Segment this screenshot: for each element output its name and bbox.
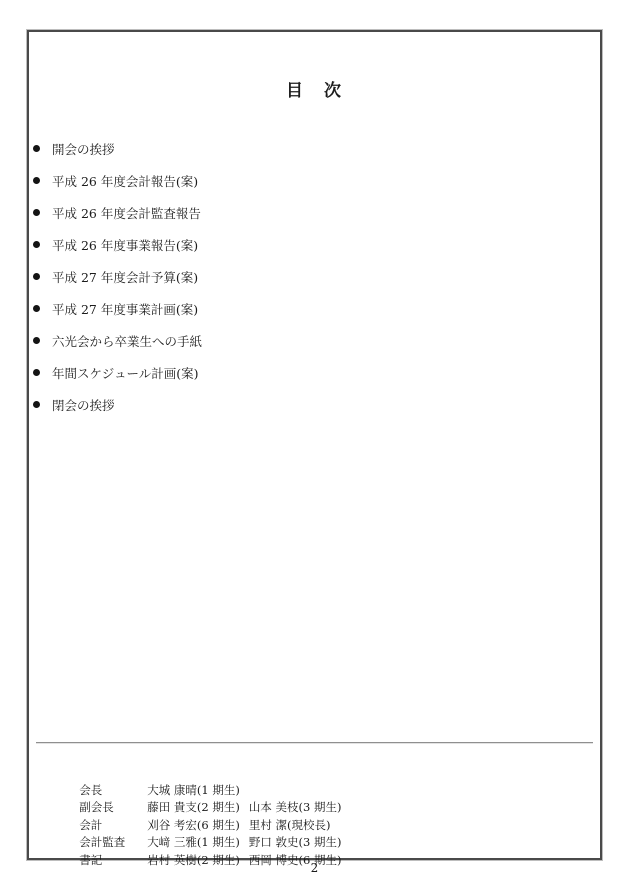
toc-item-label: 閉会の挨拶 bbox=[52, 396, 115, 414]
toc-item: 開会の挨拶 bbox=[33, 142, 590, 155]
officer-row: 会長大城 康晴(1 期生) bbox=[50, 764, 590, 782]
toc-item-label: 年間スケジュール計画(案) bbox=[52, 364, 199, 382]
toc-item: 平成 26 年度会計監査報告 bbox=[33, 206, 590, 219]
bullet-icon bbox=[33, 273, 40, 280]
officer-role: 会計 bbox=[79, 817, 147, 835]
officer-role: 副会長 bbox=[79, 799, 147, 817]
page-title: 目 次 bbox=[29, 76, 600, 101]
officer-name: 里村 潔(現校長) bbox=[249, 818, 331, 832]
toc-item: 年間スケジュール計画(案) bbox=[33, 366, 590, 379]
toc-item-label: 平成 26 年度会計監査報告 bbox=[52, 204, 201, 222]
toc-item: 平成 26 年度会計報告(案) bbox=[33, 174, 590, 187]
toc-item: 閉会の挨拶 bbox=[33, 398, 590, 411]
toc-item-label: 平成 27 年度会計予算(案) bbox=[52, 268, 198, 286]
bullet-icon bbox=[33, 145, 40, 152]
officer-list: 会長大城 康晴(1 期生) 副会長藤田 貴支(2 期生)山本 美枝(3 期生) … bbox=[50, 764, 590, 852]
toc-item-label: 平成 27 年度事業計画(案) bbox=[52, 300, 198, 318]
document-page: 目 次 開会の挨拶 平成 26 年度会計報告(案) 平成 26 年度会計監査報告… bbox=[0, 0, 629, 892]
bullet-icon bbox=[33, 305, 40, 312]
toc-item-label: 平成 26 年度事業報告(案) bbox=[52, 236, 198, 254]
officer-name: 野口 敦史(3 期生) bbox=[249, 835, 342, 849]
toc-item: 平成 26 年度事業報告(案) bbox=[33, 238, 590, 251]
bullet-icon bbox=[33, 369, 40, 376]
toc-item-label: 開会の挨拶 bbox=[52, 140, 115, 158]
page-border-frame: 目 次 開会の挨拶 平成 26 年度会計報告(案) 平成 26 年度会計監査報告… bbox=[27, 30, 602, 860]
bullet-icon bbox=[33, 337, 40, 344]
officer-name: 大城 康晴(1 期生) bbox=[147, 782, 240, 800]
toc-item: 平成 27 年度事業計画(案) bbox=[33, 302, 590, 315]
bullet-icon bbox=[33, 177, 40, 184]
officer-name: 刈谷 考宏(6 期生) bbox=[147, 817, 240, 835]
officer-name: 大﨑 三雅(1 期生) bbox=[147, 834, 240, 852]
toc-item-label: 六光会から卒業生への手紙 bbox=[52, 332, 202, 350]
officer-role: 会長 bbox=[79, 782, 147, 800]
table-of-contents: 開会の挨拶 平成 26 年度会計報告(案) 平成 26 年度会計監査報告 平成 … bbox=[33, 142, 590, 430]
bullet-icon bbox=[33, 401, 40, 408]
officer-name: 藤田 貴支(2 期生) bbox=[147, 799, 240, 817]
toc-item: 平成 27 年度会計予算(案) bbox=[33, 270, 590, 283]
toc-item-label: 平成 26 年度会計報告(案) bbox=[52, 172, 198, 190]
toc-item: 六光会から卒業生への手紙 bbox=[33, 334, 590, 347]
page-number: 2 bbox=[0, 861, 629, 875]
officer-role: 会計監査 bbox=[79, 834, 147, 852]
officer-name: 山本 美枝(3 期生) bbox=[249, 800, 342, 814]
bullet-icon bbox=[33, 241, 40, 248]
bullet-icon bbox=[33, 209, 40, 216]
footer-divider bbox=[36, 742, 593, 744]
